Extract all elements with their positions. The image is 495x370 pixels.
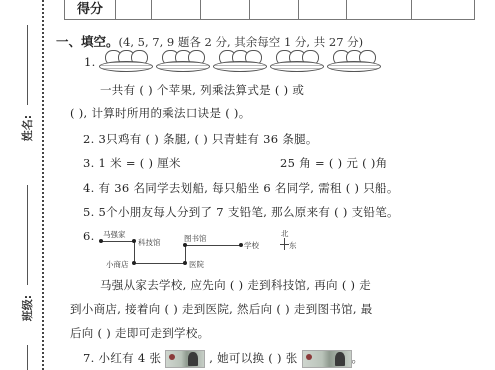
map-label-library: 图书馆 (184, 233, 207, 244)
map-point-science-museum (132, 239, 136, 243)
map-label-school: 学校 (244, 240, 259, 251)
map-point-school (239, 243, 243, 247)
map-label-hospital: 医院 (189, 259, 204, 270)
question-7-suffix: 。 (352, 351, 364, 365)
banknote-image (165, 350, 205, 368)
map-point-hospital (183, 261, 187, 265)
map-label-home: 马强家 (103, 229, 126, 240)
question-6-line-2: 到小商店, 接着向 ( ) 走到医院, 然后向 ( ) 走到图书馆, 最 (70, 301, 373, 317)
map-point-shop (132, 261, 136, 265)
compass-east-label: 东 (289, 240, 297, 251)
question-7: 7. 小红有 4 张 , 她可以换 ( ) 张 。 (83, 350, 363, 368)
question-6-line-3: 后向 ( ) 走即可走到学校。 (70, 325, 209, 341)
map-label-shop: 小商店 (106, 259, 129, 270)
question-6-line-1: 马强从家去学校, 应先向 ( ) 走到科技馆, 再向 ( ) 走 (100, 277, 371, 293)
question-7-prefix: 7. 小红有 4 张 (83, 351, 161, 365)
question-7-middle: , 她可以换 ( ) 张 (209, 351, 297, 365)
map-label-science-museum: 科技馆 (138, 237, 161, 248)
banknote-image (302, 350, 352, 368)
